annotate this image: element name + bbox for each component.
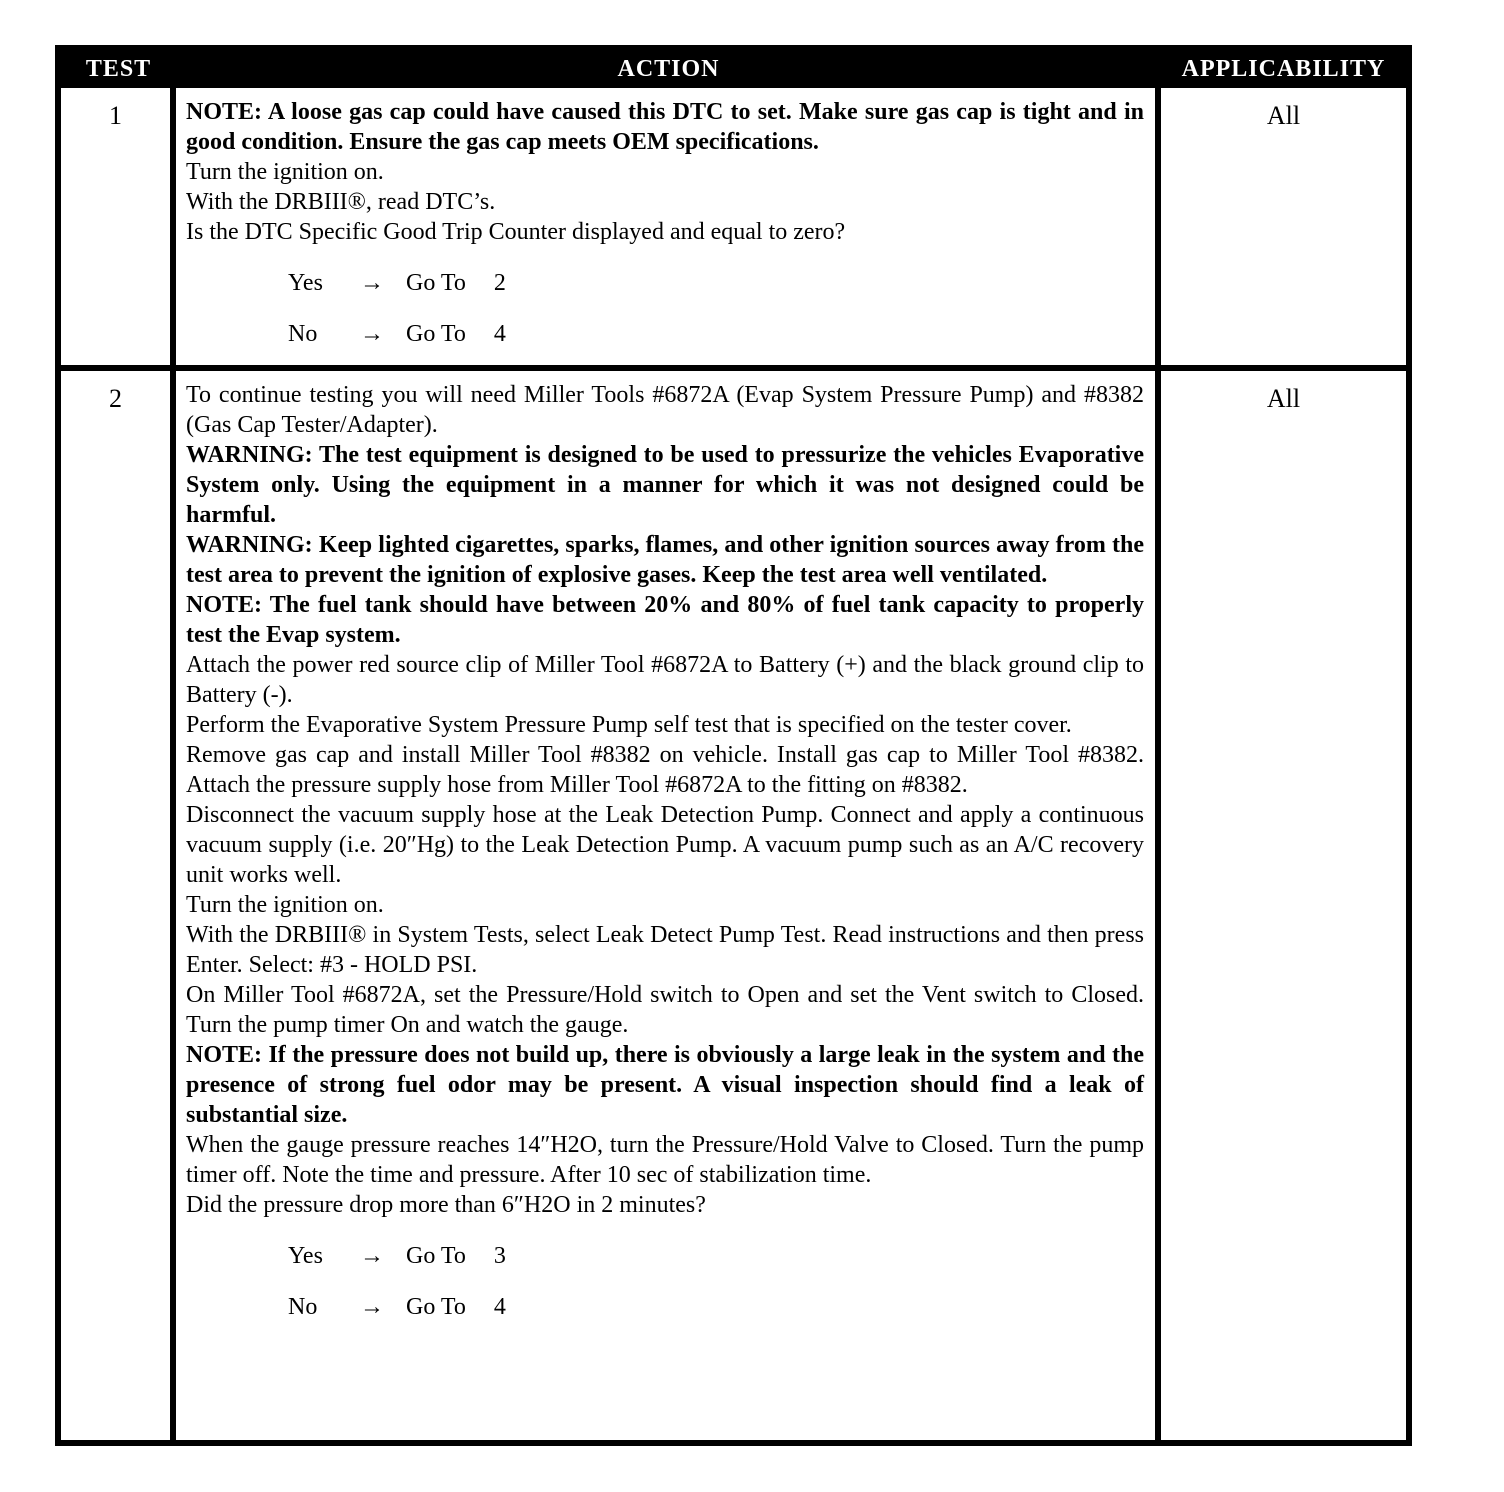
- decision-row: No→Go To4: [288, 1292, 1144, 1322]
- action-step-paragraph: When the gauge pressure reaches 14″H2O, …: [186, 1130, 1144, 1190]
- decision-row: No→Go To4: [288, 319, 1144, 349]
- decision-answer: Yes: [288, 268, 360, 298]
- table-body: 1 NOTE: A loose gas cap could have cause…: [61, 88, 1406, 1440]
- table-row: 1 NOTE: A loose gas cap could have cause…: [61, 88, 1406, 365]
- decision-goto-label: Go To: [406, 268, 466, 298]
- decision-target-step: 3: [494, 1241, 506, 1271]
- table-row: 2 To continue testing you will need Mill…: [61, 365, 1406, 1440]
- action-step-paragraph: With the DRBIII®, read DTC’s.: [186, 187, 1144, 217]
- col-header-action: ACTION: [176, 56, 1161, 83]
- decision-goto-label: Go To: [406, 1292, 466, 1322]
- action-step-paragraph: Attach the power red source clip of Mill…: [186, 650, 1144, 710]
- decision-answer: No: [288, 1292, 360, 1322]
- action-step-paragraph: Turn the ignition on.: [186, 157, 1144, 187]
- decision-answer: Yes: [288, 1241, 360, 1271]
- action-step-paragraph: Perform the Evaporative System Pressure …: [186, 710, 1144, 740]
- test-cell: 2: [61, 371, 176, 1440]
- action-step-paragraph: With the DRBIII® in System Tests, select…: [186, 920, 1144, 980]
- col-header-test: TEST: [61, 56, 176, 83]
- applicability-cell: All: [1161, 88, 1406, 365]
- decision-target-step: 4: [494, 1292, 506, 1322]
- applicability-value: All: [1267, 101, 1300, 130]
- action-cell: To continue testing you will need Miller…: [176, 371, 1161, 1440]
- decision-goto-label: Go To: [406, 319, 466, 349]
- action-step-paragraph: On Miller Tool #6872A, set the Pressure/…: [186, 980, 1144, 1040]
- table-header-row: TEST ACTION APPLICABILITY: [61, 51, 1406, 88]
- test-number: 1: [109, 101, 122, 130]
- action-step-paragraph: Remove gas cap and install Miller Tool #…: [186, 740, 1144, 800]
- arrow-right-icon: →: [360, 319, 406, 349]
- arrow-right-icon: →: [360, 1241, 406, 1271]
- applicability-cell: All: [1161, 371, 1406, 1440]
- action-cell: NOTE: A loose gas cap could have caused …: [176, 88, 1161, 365]
- arrow-right-icon: →: [360, 268, 406, 298]
- action-note-paragraph: NOTE: A loose gas cap could have caused …: [186, 97, 1144, 157]
- action-note-paragraph: WARNING: The test equipment is designed …: [186, 440, 1144, 530]
- decision-target-step: 2: [494, 268, 506, 298]
- decision-goto-label: Go To: [406, 1241, 466, 1271]
- decision-row: Yes→Go To3: [288, 1241, 1144, 1271]
- test-number: 2: [109, 384, 122, 413]
- action-step-paragraph: Disconnect the vacuum supply hose at the…: [186, 800, 1144, 890]
- col-header-applicability: APPLICABILITY: [1161, 56, 1406, 83]
- action-step-paragraph: Did the pressure drop more than 6″H2O in…: [186, 1190, 1144, 1220]
- test-cell: 1: [61, 88, 176, 365]
- action-note-paragraph: NOTE: If the pressure does not build up,…: [186, 1040, 1144, 1130]
- arrow-right-icon: →: [360, 1292, 406, 1322]
- action-step-paragraph: Is the DTC Specific Good Trip Counter di…: [186, 217, 1144, 247]
- decision-row: Yes→Go To2: [288, 268, 1144, 298]
- diagnostic-procedure-table: TEST ACTION APPLICABILITY 1 NOTE: A loos…: [55, 45, 1412, 1446]
- action-step-paragraph: Turn the ignition on.: [186, 890, 1144, 920]
- action-note-paragraph: WARNING: Keep lighted cigarettes, sparks…: [186, 530, 1144, 590]
- decision-target-step: 4: [494, 319, 506, 349]
- action-step-paragraph: To continue testing you will need Miller…: [186, 380, 1144, 440]
- action-note-paragraph: NOTE: The fuel tank should have between …: [186, 590, 1144, 650]
- decision-answer: No: [288, 319, 360, 349]
- applicability-value: All: [1267, 384, 1300, 413]
